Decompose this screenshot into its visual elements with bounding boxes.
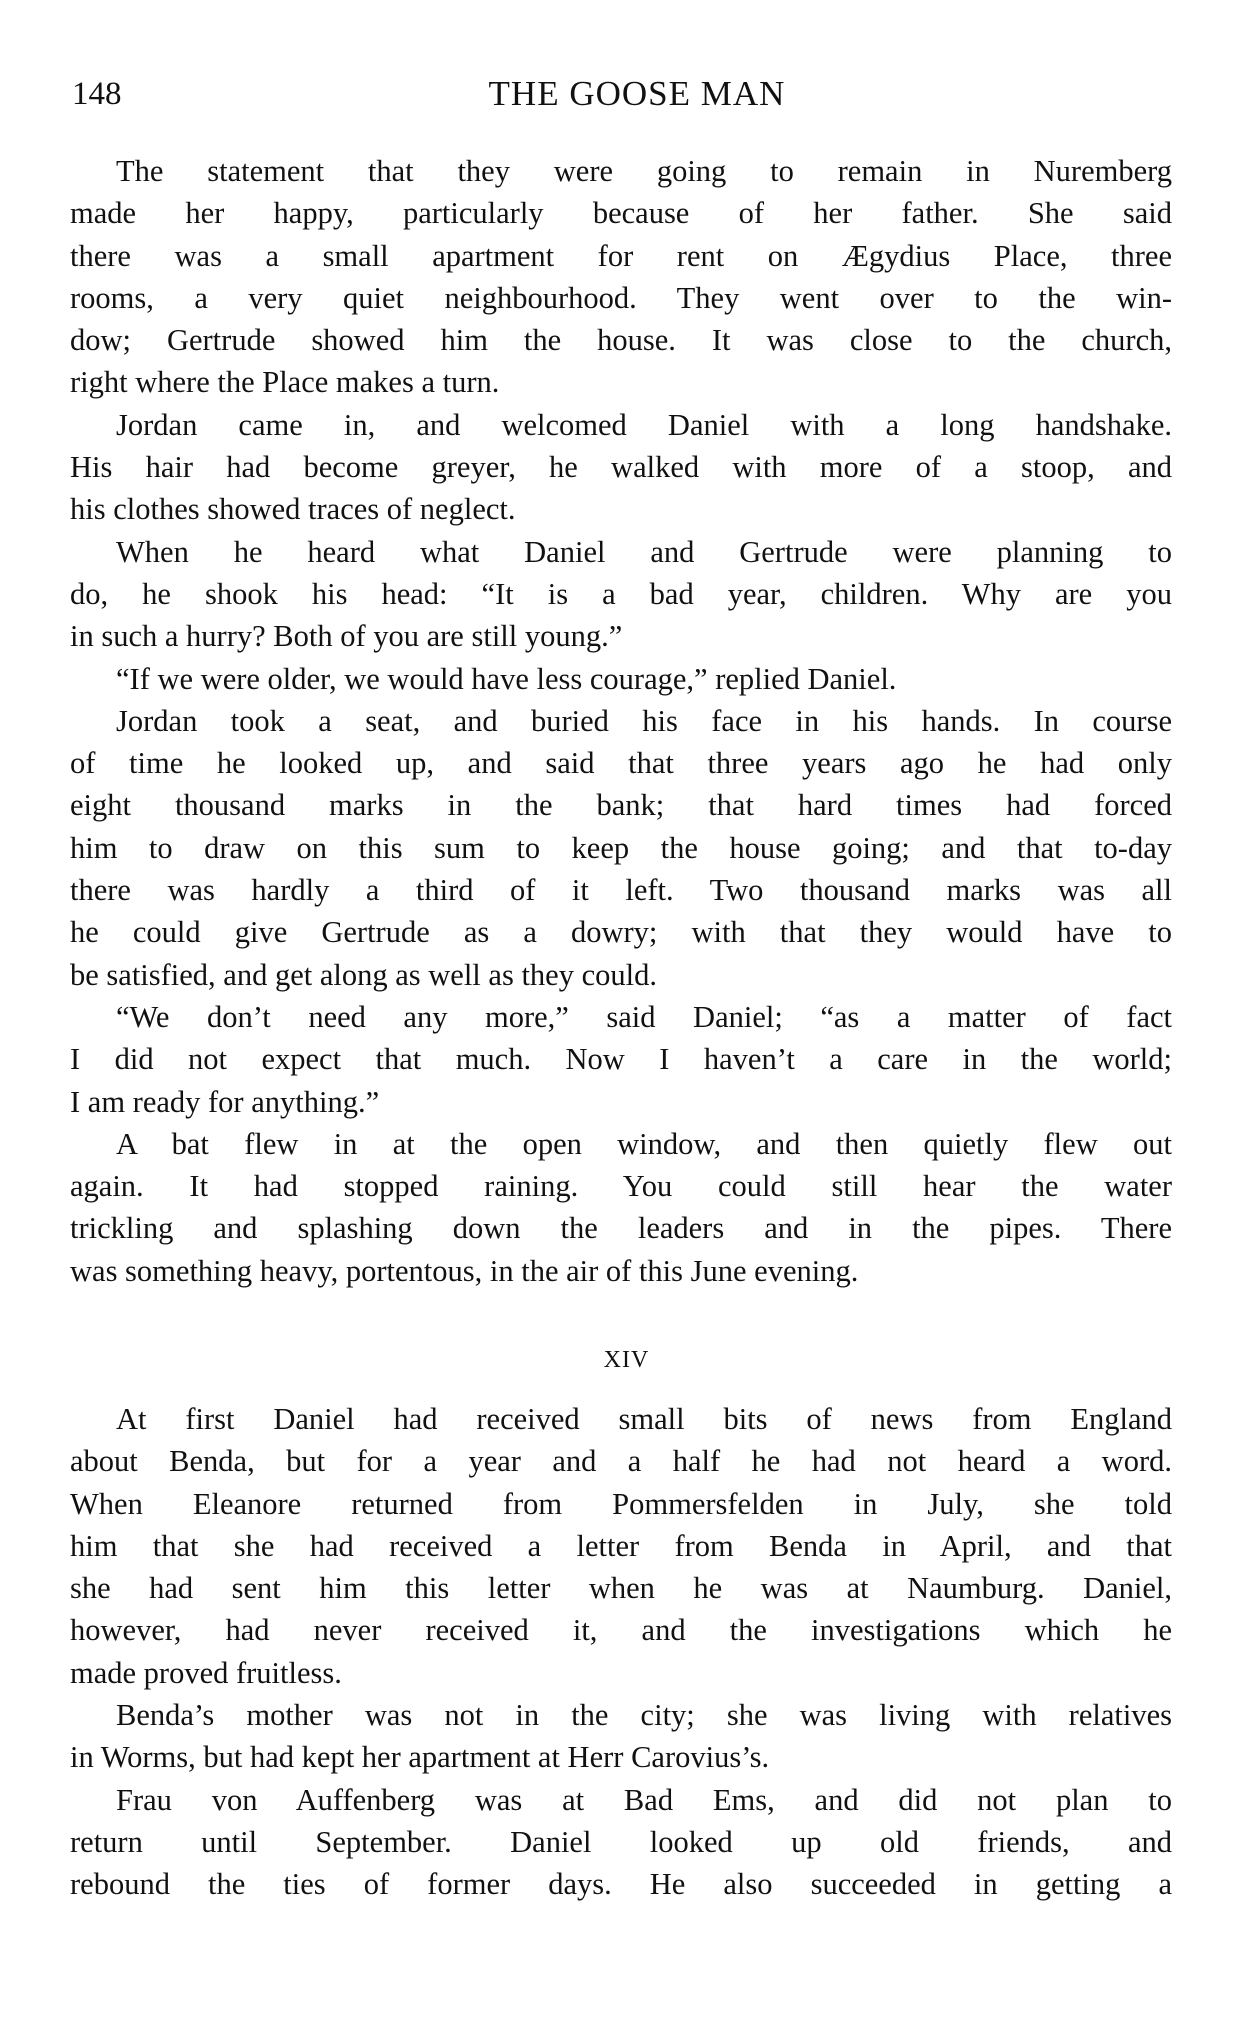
text-line: rooms, a very quiet neighbourhood. They … [70, 277, 1172, 319]
text-line: however, had never received it, and the … [70, 1609, 1172, 1651]
text-line: The statement that they were going to re… [70, 150, 1172, 192]
text-line: Frau von Auffenberg was at Bad Ems, and … [70, 1779, 1172, 1821]
text-line: “We don’t need any more,” said Daniel; “… [70, 996, 1172, 1038]
text-line: of time he looked up, and said that thre… [70, 742, 1172, 784]
text-line: there was hardly a third of it left. Two… [70, 869, 1172, 911]
text-line: him that she had received a letter from … [70, 1525, 1172, 1567]
text-line: When he heard what Daniel and Gertrude w… [70, 531, 1172, 573]
text-line: dow; Gertrude showed him the house. It w… [70, 319, 1172, 361]
text-line: A bat flew in at the open window, and th… [70, 1123, 1172, 1165]
text-line: there was a small apartment for rent on … [70, 235, 1172, 277]
text-line: “If we were older, we would have less co… [70, 658, 1172, 700]
paragraph: Benda’s mother was not in the city; she … [70, 1694, 1172, 1779]
text-line: His hair had become greyer, he walked wi… [70, 446, 1172, 488]
chapter-number: XIV [0, 1340, 1233, 1380]
paragraph: At first Daniel had received small bits … [70, 1398, 1172, 1694]
text-line: do, he shook his head: “It is a bad year… [70, 573, 1172, 615]
paragraph: Jordan took a seat, and buried his face … [70, 700, 1172, 996]
text-line: he could give Gertrude as a dowry; with … [70, 911, 1172, 953]
page-header: 148 THE GOOSE MAN [72, 72, 1172, 116]
text-line: trickling and splashing down the leaders… [70, 1207, 1172, 1249]
text-line: Benda’s mother was not in the city; she … [70, 1694, 1172, 1736]
running-title: THE GOOSE MAN [72, 72, 1172, 116]
paragraph: The statement that they were going to re… [70, 150, 1172, 404]
section-2-text: At first Daniel had received small bits … [70, 1398, 1172, 1906]
text-line: I did not expect that much. Now I haven’… [70, 1038, 1172, 1080]
paragraph: A bat flew in at the open window, and th… [70, 1123, 1172, 1292]
paragraph: When he heard what Daniel and Gertrude w… [70, 531, 1172, 658]
text-line: about Benda, but for a year and a half h… [70, 1440, 1172, 1482]
text-line: in Worms, but had kept her apartment at … [70, 1736, 1172, 1778]
paragraph: Jordan came in, and welcomed Daniel with… [70, 404, 1172, 531]
text-line: was something heavy, portentous, in the … [70, 1250, 1172, 1292]
text-line: At first Daniel had received small bits … [70, 1398, 1172, 1440]
paragraph: “If we were older, we would have less co… [70, 658, 1172, 700]
text-line: rebound the ties of former days. He also… [70, 1863, 1172, 1905]
paragraph: Frau von Auffenberg was at Bad Ems, and … [70, 1779, 1172, 1906]
section-1-text: The statement that they were going to re… [70, 150, 1172, 1292]
text-line: made her happy, particularly because of … [70, 192, 1172, 234]
text-line: his clothes showed traces of neglect. [70, 488, 1172, 530]
text-line: again. It had stopped raining. You could… [70, 1165, 1172, 1207]
text-line: Jordan took a seat, and buried his face … [70, 700, 1172, 742]
text-line: in such a hurry? Both of you are still y… [70, 615, 1172, 657]
text-line: be satisfied, and get along as well as t… [70, 954, 1172, 996]
text-line: made proved fruitless. [70, 1652, 1172, 1694]
text-line: eight thousand marks in the bank; that h… [70, 784, 1172, 826]
text-line: right where the Place makes a turn. [70, 361, 1172, 403]
text-line: When Eleanore returned from Pommersfelde… [70, 1483, 1172, 1525]
text-line: him to draw on this sum to keep the hous… [70, 827, 1172, 869]
text-line: I am ready for anything.” [70, 1081, 1172, 1123]
paragraph: “We don’t need any more,” said Daniel; “… [70, 996, 1172, 1123]
text-line: return until September. Daniel looked up… [70, 1821, 1172, 1863]
text-line: she had sent him this letter when he was… [70, 1567, 1172, 1609]
text-line: Jordan came in, and welcomed Daniel with… [70, 404, 1172, 446]
